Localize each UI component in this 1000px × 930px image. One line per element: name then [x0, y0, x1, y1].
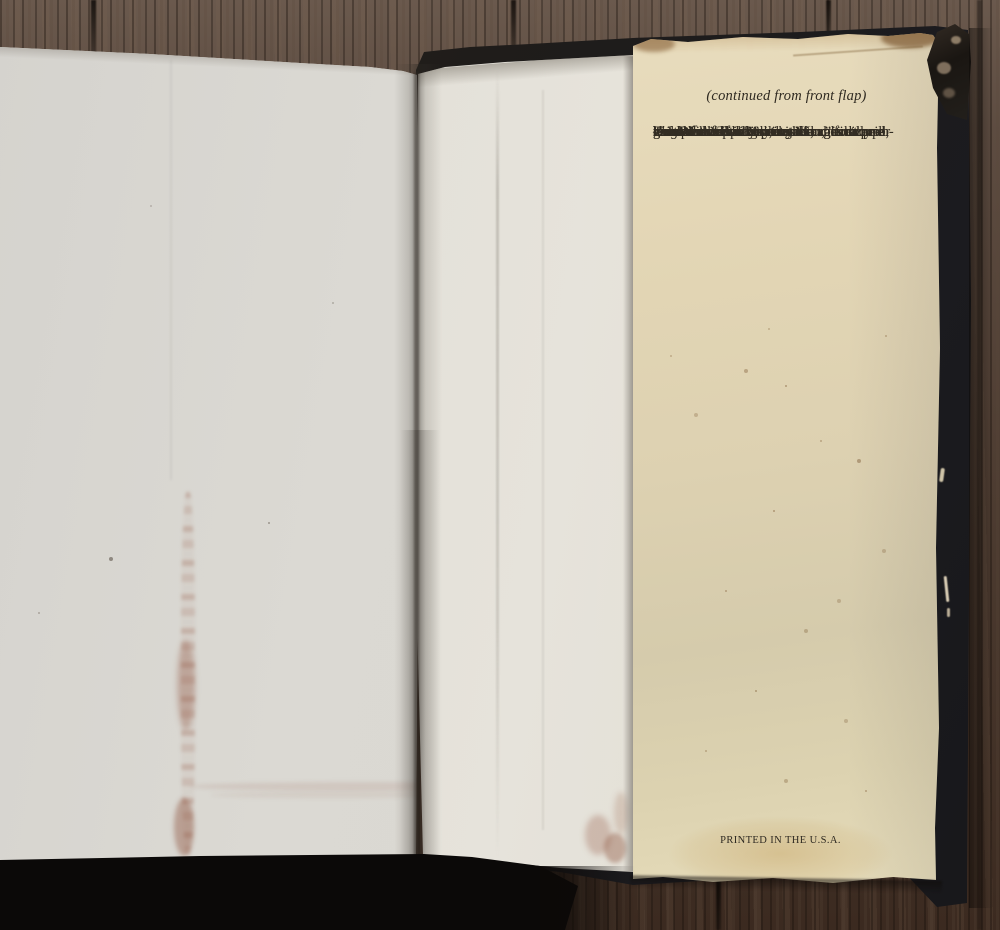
flap-continued-note: (continued from front flap)	[633, 88, 940, 104]
flap-edge-shadow	[623, 56, 634, 872]
pastedown-crease	[496, 70, 499, 858]
book-bottom-edge-shadow	[540, 866, 635, 930]
wood-plank-seam	[511, 0, 516, 50]
page-crease	[170, 60, 172, 480]
wood-plank-seam	[91, 0, 96, 54]
photo-open-book: (continued from front flap) been his lif…	[0, 0, 1000, 930]
book-cast-shadow	[969, 28, 993, 908]
pastedown-crease	[542, 90, 544, 830]
torn-paper-shred	[943, 88, 955, 98]
book-gutter-shadow	[400, 430, 440, 858]
flap-printed-note: PRINTED IN THE U.S.A.	[633, 833, 940, 849]
page-stain-blob	[177, 640, 195, 730]
worn-edge-chip	[947, 608, 950, 617]
page-stain-blob	[174, 798, 194, 856]
torn-paper-shred	[951, 36, 961, 44]
torn-paper-shred	[937, 62, 951, 74]
dust-jacket-back-flap: (continued from front flap) been his lif…	[633, 28, 940, 888]
